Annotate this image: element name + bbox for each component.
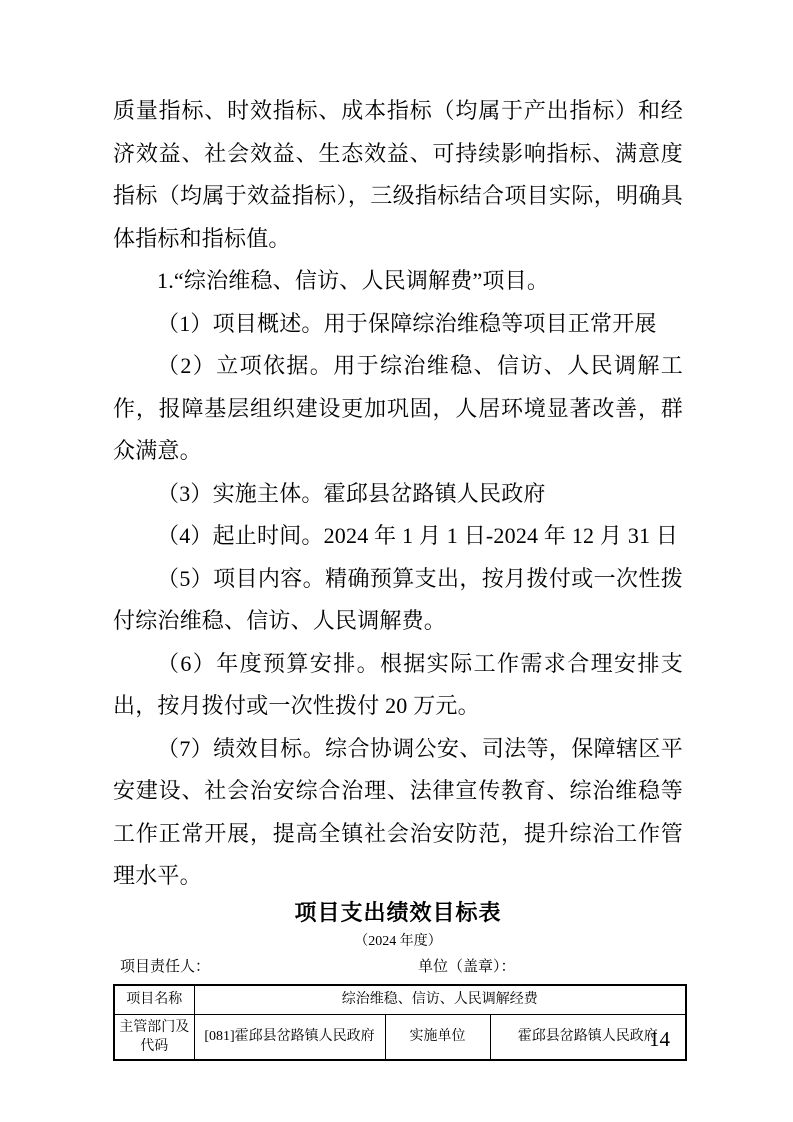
department-header-cell: 主管部门及代码 [114, 1014, 194, 1060]
body-paragraph-overview: （1）项目概述。用于保障综治维稳等项目正常开展 [113, 303, 683, 346]
project-responsible-label: 项目责任人： [120, 956, 210, 978]
document-page: 质量指标、时效指标、成本指标（均属于产出指标）和经济效益、社会效益、生态效益、可… [0, 0, 793, 1122]
goal-table-title: 项目支出绩效目标表 [113, 898, 683, 928]
unit-seal-label: 单位（盖章）： [418, 956, 516, 978]
body-paragraph-project-heading: 1.“综治维稳、信访、人民调解费”项目。 [113, 260, 683, 303]
body-paragraph-basis: （2）立项依据。用于综治维稳、信访、人民调解工作，报障基层组织建设更加巩固，人居… [113, 345, 683, 473]
body-paragraph-content: （5）项目内容。精确预算支出，按月拨付或一次性拨付综治维稳、信访、人民调解费。 [113, 558, 683, 643]
signature-row: 项目责任人： 单位（盖章）： [113, 956, 683, 978]
implementing-unit-header-cell: 实施单位 [385, 1014, 490, 1060]
body-paragraph-budget: （6）年度预算安排。根据实际工作需求合理安排支出，按月拨付或一次性拨付 20 万… [113, 643, 683, 728]
goal-table-subtitle: （2024 年度） [113, 931, 683, 953]
body-paragraph-implementer: （3）实施主体。霍邱县岔路镇人民政府 [113, 473, 683, 516]
table-row-project-name: 项目名称 综治维稳、信访、人民调解经费 [114, 985, 686, 1015]
table-row-department: 主管部门及代码 [081]霍邱县岔路镇人民政府 实施单位 霍邱县岔路镇人民政府 [114, 1014, 686, 1060]
project-name-header-cell: 项目名称 [114, 985, 194, 1015]
project-name-value-cell: 综治维稳、信访、人民调解经费 [194, 985, 686, 1015]
performance-goal-table: 项目名称 综治维稳、信访、人民调解经费 主管部门及代码 [081]霍邱县岔路镇人… [113, 984, 687, 1061]
page-content: 质量指标、时效指标、成本指标（均属于产出指标）和经济效益、社会效益、生态效益、可… [113, 90, 683, 1061]
body-paragraph-goals: （7）绩效目标。综合协调公安、司法等，保障辖区平安建设、社会治安综合治理、法律宣… [113, 728, 683, 898]
department-value-cell: [081]霍邱县岔路镇人民政府 [194, 1014, 385, 1060]
page-number: 14 [649, 1027, 670, 1051]
body-paragraph: 质量指标、时效指标、成本指标（均属于产出指标）和经济效益、社会效益、生态效益、可… [113, 90, 683, 260]
body-paragraph-duration: （4）起止时间。2024 年 1 月 1 日-2024 年 12 月 31 日 [113, 515, 683, 558]
